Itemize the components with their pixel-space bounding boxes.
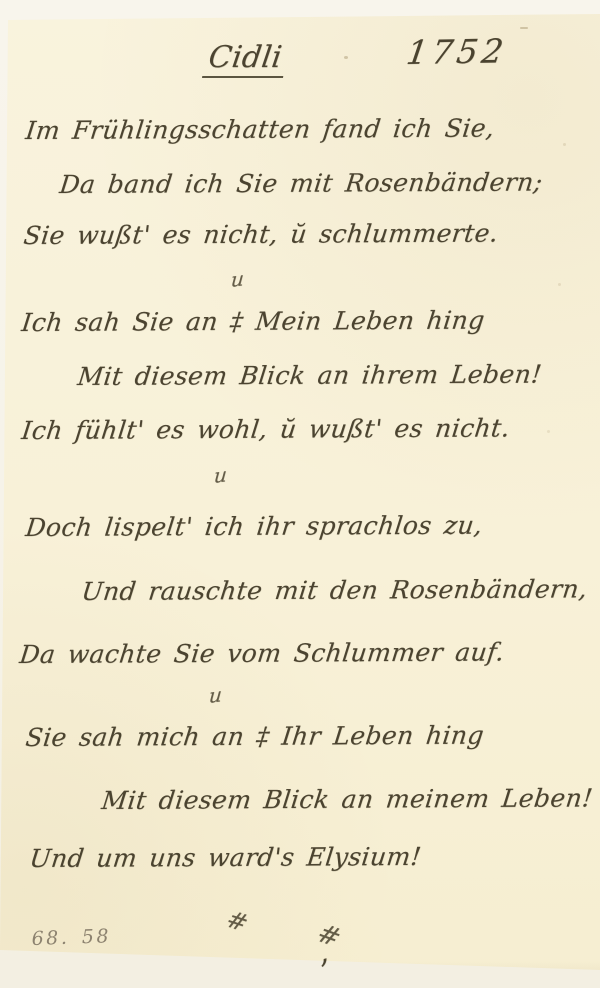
ink-speck <box>520 27 528 29</box>
poem-line: Ich sah Sie an ‡ Mein Leben hing <box>20 306 486 337</box>
foxing-spot <box>558 283 561 286</box>
ink-speck <box>344 56 348 59</box>
poem-line: Da band ich Sie mit Rosenbändern; <box>58 167 544 199</box>
stanza-divider-mark: u <box>208 682 223 708</box>
manuscript-page <box>0 0 600 988</box>
poem-line: Doch lispelt' ich ihr sprachlos zu, <box>24 511 484 542</box>
poem-line: Im Frühlingsschatten fand ich Sie, <box>24 114 496 145</box>
poem-line: Da wachte Sie vom Schlummer auf. <box>18 637 506 669</box>
manuscript-scan: Cidli 1752 Im Frühlingsschatten fand ich… <box>0 0 600 988</box>
poem-line: Mit diesem Blick an meinem Leben! <box>100 783 594 815</box>
archival-number: 68. 58 <box>31 925 111 950</box>
poem-line: Und um uns ward's Elysium! <box>28 842 423 873</box>
foxing-spot <box>547 430 550 433</box>
poem-title: Cidli <box>202 40 288 78</box>
poem-line: Sie wußt' es nicht, ŭ schlummerte. <box>22 219 500 250</box>
foxing-spot <box>563 143 566 146</box>
stanza-divider-mark: u <box>213 462 228 488</box>
poem-line: Und rauschte mit den Rosenbändern, <box>80 574 589 606</box>
stanza-divider-mark: u <box>230 266 245 292</box>
poem-line: Sie sah mich an ‡ Ihr Leben hing <box>24 721 486 752</box>
poem-line: Ich fühlt' es wohl, ŭ wußt' es nicht. <box>20 413 512 445</box>
poem-line: Mit diesem Blick an ihrem Leben! <box>76 360 543 391</box>
year-annotation: 1752 <box>404 31 510 72</box>
